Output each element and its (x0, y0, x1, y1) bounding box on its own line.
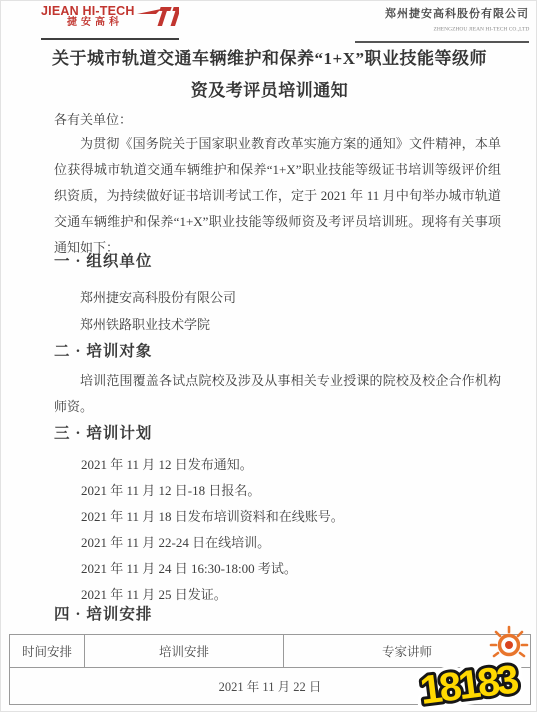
table-header-row: 时间安排 培训安排 专家讲师 (10, 635, 531, 668)
organizer-list: 郑州捷安高科股份有限公司 郑州铁路职业技术学院 (80, 284, 236, 338)
brand-swoosh-icon (137, 6, 179, 35)
plan-item: 2021 年 11 月 12 日发布通知。 (81, 452, 344, 478)
section-heading-organizers: 一 · 组织单位 (54, 249, 152, 271)
section-heading-schedule: 四 · 培训安排 (54, 602, 152, 624)
brand-name-cn: 捷安高科 (67, 18, 135, 29)
company-name-cn: 郑州捷安高科股份有限公司 (355, 5, 529, 21)
section-heading-plan: 三 · 培训计划 (54, 421, 152, 443)
document-title: 关于城市轨道交通车辆维护和保养“1+X”职业技能等级师资及考评员培训通知 (49, 43, 490, 107)
plan-item: 2021 年 11 月 22-24 日在线培训。 (81, 530, 344, 556)
organizer-item: 郑州捷安高科股份有限公司 (80, 284, 236, 311)
document-header: JIEAN HI-TECH 捷安高科 郑州捷安高科股份有限公司 ZHENGZHO… (41, 5, 529, 43)
trainees-paragraph: 培训范围覆盖各试点院校及涉及从事相关专业授课的院校及校企合作机构师资。 (54, 368, 501, 420)
plan-item: 2021 年 11 月 18 日发布培训资料和在线账号。 (81, 504, 344, 530)
company-name-block: 郑州捷安高科股份有限公司 ZHENGZHOU JIEAN HI-TECH CO.… (355, 5, 529, 43)
plan-item: 2021 年 11 月 24 日 16:30-18:00 考试。 (81, 556, 344, 582)
table-date-cell: 2021 年 11 月 22 日 (10, 668, 531, 705)
company-name-en: ZHENGZHOU JIEAN HI-TECH CO.,LTD (433, 26, 529, 32)
document-page: JIEAN HI-TECH 捷安高科 郑州捷安高科股份有限公司 ZHENGZHO… (0, 0, 537, 712)
col-header-lecturer: 专家讲师 (284, 635, 531, 668)
schedule-table: 时间安排 培训安排 专家讲师 2021 年 11 月 22 日 (9, 634, 531, 705)
section-heading-trainees: 二 · 培训对象 (54, 339, 152, 361)
salutation: 各有关单位： (54, 109, 132, 128)
col-header-arrangement: 培训安排 (85, 635, 284, 668)
plan-item: 2021 年 11 月 12 日-18 日报名。 (81, 478, 344, 504)
table-row: 2021 年 11 月 22 日 (10, 668, 531, 705)
training-plan-list: 2021 年 11 月 12 日发布通知。 2021 年 11 月 12 日-1… (81, 452, 344, 608)
intro-paragraph: 为贯彻《国务院关于国家职业教育改革实施方案的通知》文件精神，本单位获得城市轨道交… (54, 131, 501, 261)
organizer-item: 郑州铁路职业技术学院 (80, 311, 236, 338)
col-header-time: 时间安排 (10, 635, 85, 668)
company-logo: JIEAN HI-TECH 捷安高科 (41, 5, 179, 40)
